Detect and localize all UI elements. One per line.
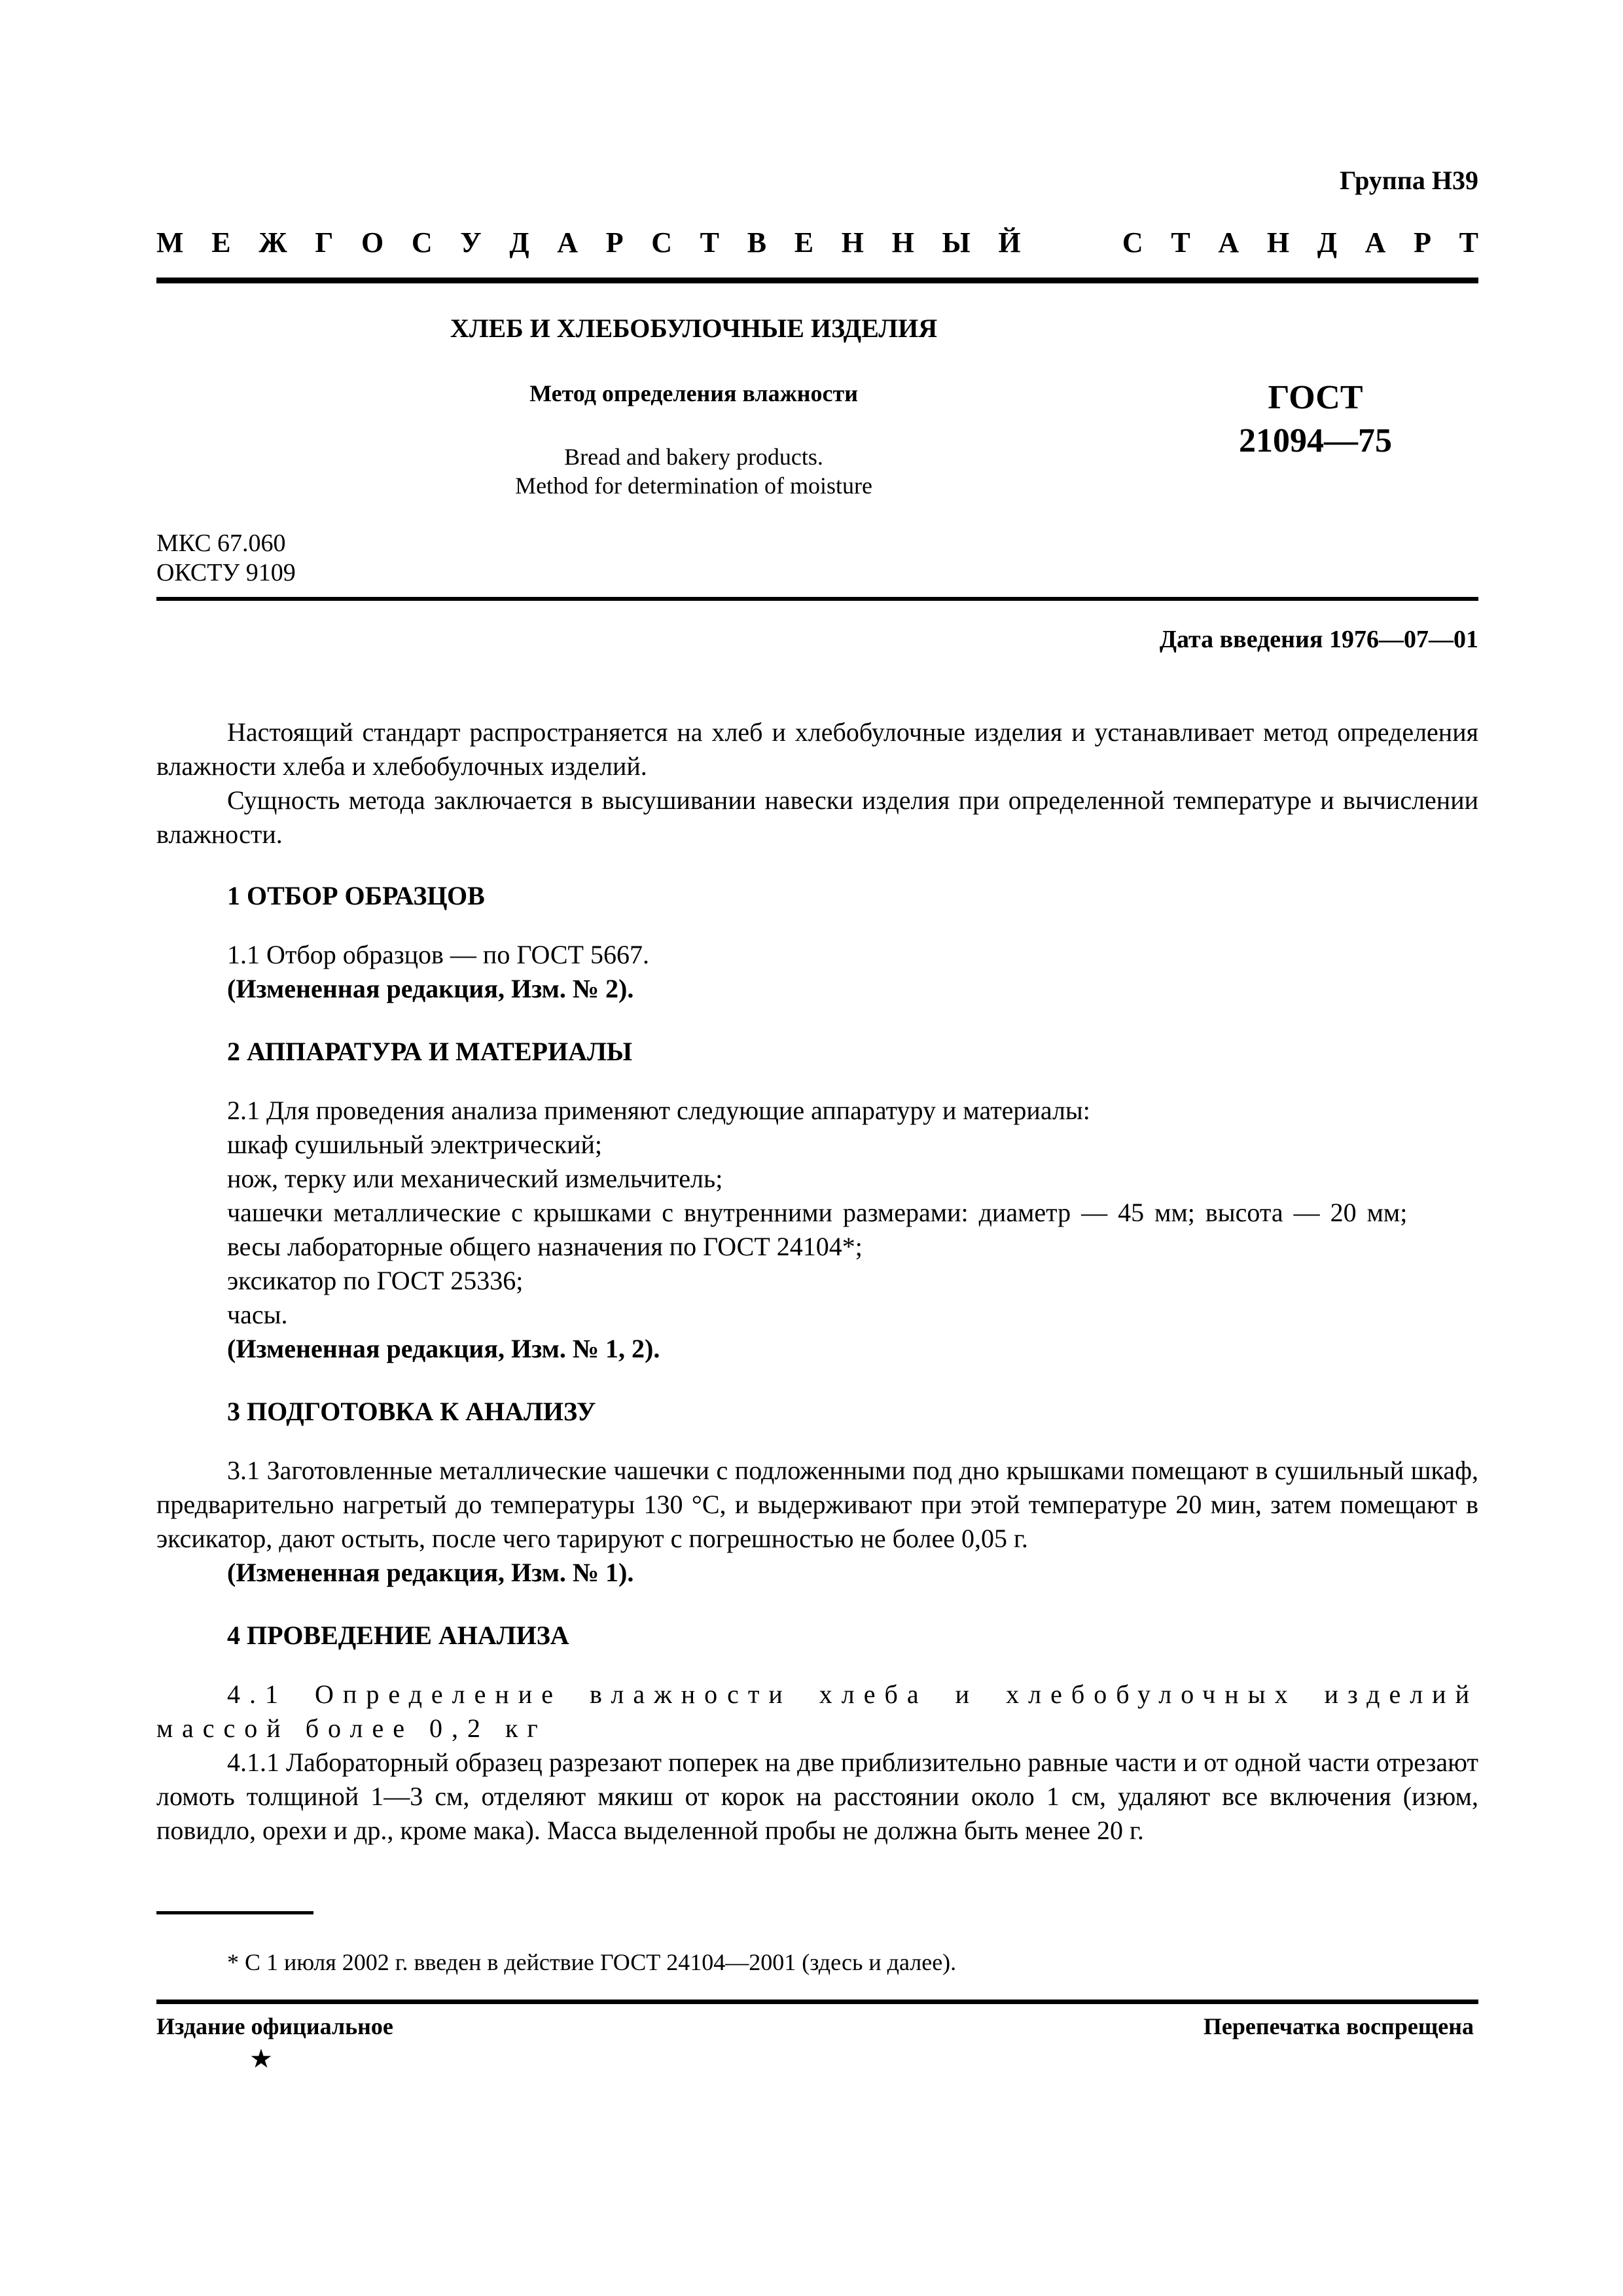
- standard-type-letter: М: [156, 226, 184, 259]
- equipment-item: часы.: [156, 1298, 1478, 1332]
- equipment-item: нож, терку или механический измельчитель…: [156, 1162, 1478, 1196]
- group-code: Группа Н39: [1340, 165, 1478, 196]
- section-4-1-1: 4.1.1 Лабораторный образец разрезают поп…: [156, 1746, 1478, 1848]
- intro-paragraph-2: Сущность метода заключается в высушивани…: [156, 783, 1478, 852]
- star-icon: ★: [249, 2043, 273, 2074]
- section-1-heading: 1 ОТБОР ОБРАЗЦОВ: [156, 879, 1478, 913]
- gost-label: ГОСТ: [1185, 376, 1446, 420]
- standard-type-letter: О: [361, 226, 383, 259]
- reprint-note: Перепечатка воспрещена: [1204, 2013, 1474, 2040]
- standard-type-letter: Т: [1459, 226, 1478, 259]
- standard-type-letter: Ж: [259, 226, 287, 259]
- section-2-amendment: (Измененная редакция, Изм. № 1, 2).: [156, 1332, 1478, 1366]
- standard-type-letter: А: [1365, 226, 1386, 259]
- gost-designation: ГОСТ 21094—75: [1185, 376, 1446, 463]
- section-4-heading: 4 ПРОВЕДЕНИЕ АНАЛИЗА: [156, 1619, 1478, 1653]
- document-body: Настоящий стандарт распространяется на х…: [156, 715, 1478, 1848]
- standard-type-letter: Е: [794, 226, 813, 259]
- section-1-amendment: (Измененная редакция, Изм. № 2).: [156, 972, 1478, 1006]
- standard-type-letter: Е: [211, 226, 230, 259]
- standard-type-letter: В: [747, 226, 766, 259]
- section-2-heading: 2 АППАРАТУРА И МАТЕРИАЛЫ: [156, 1035, 1478, 1069]
- standard-type-letter: Т: [700, 226, 719, 259]
- standard-type-letter: Г: [315, 226, 333, 259]
- standard-type-letter: А: [557, 226, 578, 259]
- section-2-1: 2.1 Для проведения анализа применяют сле…: [156, 1094, 1478, 1128]
- standard-type-letter: Р: [1414, 226, 1431, 259]
- english-title-line-1: Bread and bakery products.: [366, 442, 1021, 471]
- intro-paragraph-1: Настоящий стандарт распространяется на х…: [156, 715, 1478, 783]
- equipment-item: шкаф сушильный электрический;: [156, 1128, 1478, 1162]
- english-title-line-2: Method for determination of moisture: [366, 471, 1021, 500]
- standard-type: МЕЖГОСУДАРСТВЕННЫЙСТАНДАРТ: [156, 226, 1478, 259]
- standard-type-letter: Д: [509, 226, 529, 259]
- standard-type-letter: Н: [892, 226, 914, 259]
- mks-code: МКС 67.060: [156, 529, 296, 558]
- footnote: * С 1 июля 2002 г. введен в действие ГОС…: [227, 1948, 956, 1976]
- standard-type-letter: [1048, 226, 1094, 259]
- footnote-separator: [156, 1911, 313, 1914]
- standard-type-letter: С: [412, 226, 433, 259]
- okstu-code: ОКСТУ 9109: [156, 558, 296, 588]
- publication-note: Издание официальное: [156, 2013, 393, 2040]
- document-subtitle: Метод определения влажности: [366, 380, 1021, 407]
- document-title: ХЛЕБ И ХЛЕБОБУЛОЧНЫЕ ИЗДЕЛИЯ: [366, 313, 1021, 344]
- section-3-heading: 3 ПОДГОТОВКА К АНАЛИЗУ: [156, 1395, 1478, 1429]
- standard-type-letter: Р: [606, 226, 624, 259]
- introduction-date: Дата введения 1976—07—01: [1160, 625, 1478, 654]
- standard-type-letter: Н: [842, 226, 864, 259]
- standard-type-letter: Д: [1317, 226, 1337, 259]
- standard-type-letter: Ы: [942, 226, 971, 259]
- section-3-1: 3.1 Заготовленные металлические чашечки …: [156, 1454, 1478, 1556]
- standard-type-letter: Т: [1171, 226, 1190, 259]
- section-3-amendment: (Измененная редакция, Изм. № 1).: [156, 1556, 1478, 1590]
- header-rule: [156, 278, 1478, 283]
- standard-type-letter: С: [651, 226, 672, 259]
- section-4-1-heading: 4.1 Определение влажности хлеба и хлебоб…: [156, 1677, 1478, 1746]
- standard-type-letter: У: [460, 226, 481, 259]
- standard-type-letter: С: [1122, 226, 1143, 259]
- section-1-1: 1.1 Отбор образцов — по ГОСТ 5667.: [156, 938, 1478, 972]
- equipment-item: весы лабораторные общего назначения по Г…: [156, 1230, 1478, 1264]
- gost-number: 21094—75: [1185, 420, 1446, 463]
- standard-type-letter: А: [1218, 226, 1239, 259]
- classification-codes: МКС 67.060 ОКСТУ 9109: [156, 529, 296, 588]
- equipment-item: чашечки металлические с крышками с внутр…: [156, 1196, 1478, 1230]
- standard-type-letter: Н: [1267, 226, 1289, 259]
- standard-type-letter: Й: [998, 226, 1020, 259]
- english-title: Bread and bakery products. Method for de…: [366, 442, 1021, 500]
- footer-rule: [156, 2000, 1478, 2004]
- codes-rule: [156, 597, 1478, 601]
- equipment-item: эксикатор по ГОСТ 25336;: [156, 1264, 1478, 1298]
